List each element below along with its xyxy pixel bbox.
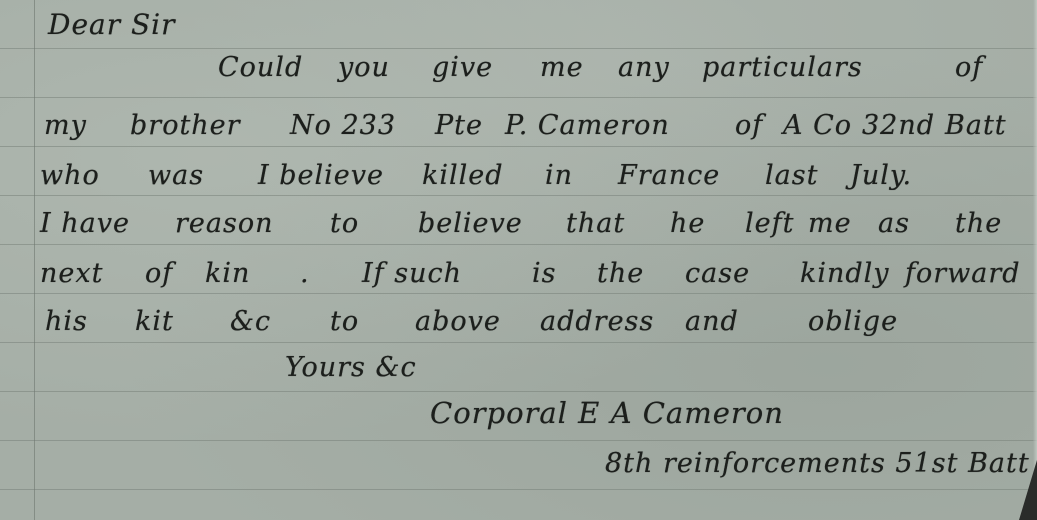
word: to <box>330 306 359 337</box>
word: oblige <box>808 306 898 337</box>
word: who <box>40 160 100 191</box>
word: 32nd <box>862 110 935 141</box>
word: give <box>432 52 493 83</box>
word: his <box>45 306 88 337</box>
word: any <box>618 52 670 83</box>
ruled-line <box>0 97 1037 98</box>
word: in <box>545 160 573 191</box>
word: Pte <box>435 110 483 141</box>
word: France <box>618 160 720 191</box>
word: as <box>878 208 910 239</box>
word: reason <box>175 208 273 239</box>
ruled-line <box>0 391 1037 392</box>
ruled-line <box>0 342 1037 343</box>
word: is <box>532 258 557 289</box>
word: kin <box>205 258 250 289</box>
word: No 233 <box>290 110 396 141</box>
word: believe <box>418 208 523 239</box>
word: If such <box>362 258 462 289</box>
word: July. <box>850 160 912 191</box>
word: killed <box>422 160 504 191</box>
word: address <box>540 306 654 337</box>
word: case <box>685 258 750 289</box>
word: P. Cameron <box>505 110 670 141</box>
word: I have <box>40 208 130 239</box>
word: left <box>745 208 794 239</box>
word: was <box>148 160 204 191</box>
word: the <box>597 258 644 289</box>
ruled-line <box>0 195 1037 196</box>
ruled-line <box>0 489 1037 490</box>
page-edge <box>1033 0 1037 520</box>
letter-page: Dear Sir Could you give me any particula… <box>0 0 1037 520</box>
word: kindly <box>800 258 890 289</box>
word: Could <box>218 52 303 83</box>
salutation: Dear Sir <box>48 8 176 41</box>
ruled-line <box>0 146 1037 147</box>
ruled-line <box>0 48 1037 49</box>
word: kit <box>135 306 174 337</box>
word: me <box>808 208 852 239</box>
word: of <box>735 110 763 141</box>
word: you <box>338 52 390 83</box>
word: last <box>765 160 818 191</box>
unit-designation: 8th reinforcements 51st Batt <box>605 448 1030 479</box>
word: particulars <box>702 52 863 83</box>
word: brother <box>130 110 241 141</box>
word: my <box>44 110 87 141</box>
word: of <box>955 52 983 83</box>
margin-line <box>34 0 35 520</box>
word: A Co <box>783 110 852 141</box>
word: Batt <box>945 110 1007 141</box>
word: he <box>670 208 705 239</box>
word: . <box>300 258 310 289</box>
word: me <box>540 52 584 83</box>
word: that <box>566 208 625 239</box>
word: and <box>685 306 739 337</box>
word: forward <box>905 258 1021 289</box>
closing: Yours &c <box>285 352 417 383</box>
word: &c <box>230 306 271 337</box>
word: above <box>415 306 501 337</box>
signature: Corporal E A Cameron <box>430 396 784 430</box>
word: to <box>330 208 359 239</box>
word: next <box>40 258 103 289</box>
ruled-line <box>0 293 1037 294</box>
ruled-line <box>0 244 1037 245</box>
word: of <box>145 258 173 289</box>
ruled-line <box>0 440 1037 441</box>
word: the <box>955 208 1002 239</box>
word: I believe <box>258 160 384 191</box>
